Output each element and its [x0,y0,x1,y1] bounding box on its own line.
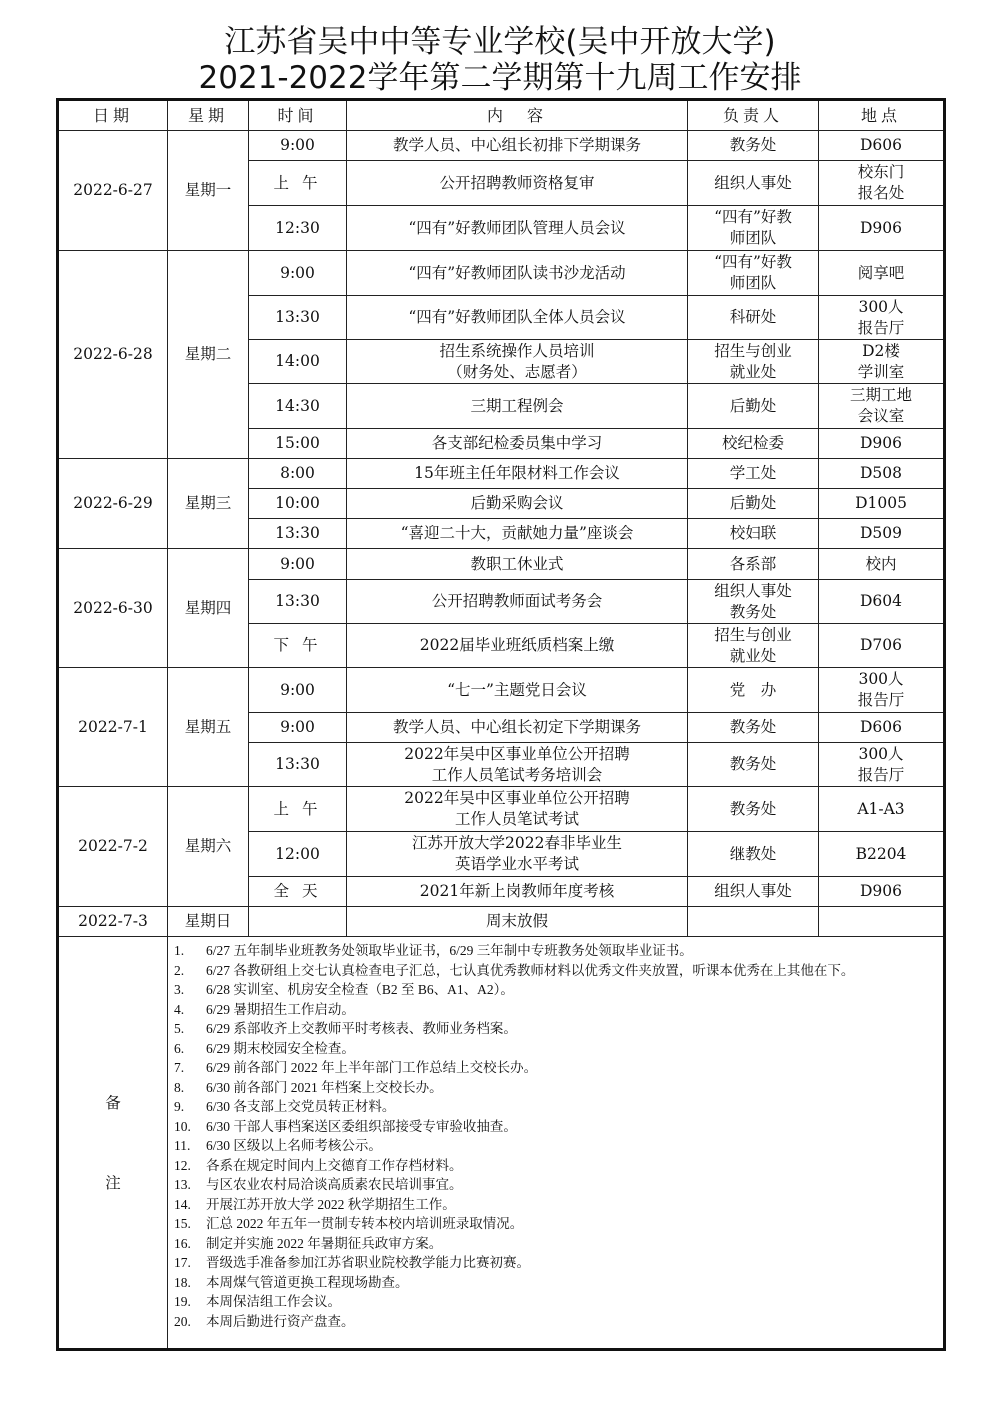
time-cell: 9:00 [249,668,347,713]
time-cell: 全 天 [249,877,347,907]
remark-item: 17.晋级选手准备参加江苏省职业院校教学能力比赛初赛。 [174,1253,943,1273]
weekday-cell: 星期三 [168,459,249,549]
remark-item: 11.6/30 区级以上名师考核公示。 [174,1136,943,1156]
schedule-table: 日期 星期 时间 内 容 负责人 地点 2022-6-27星期一9:00教学人员… [56,98,946,1351]
place-cell: D606 [819,713,945,743]
remark-number: 2. [174,961,206,981]
remark-item: 8.6/30 前各部门 2021 年档案上交校长办。 [174,1078,943,1098]
content-cell: 公开招聘教师面试考务会 [347,580,688,624]
owner-cell: 教务处 [688,713,819,743]
table-row: 2022-6-29星期三8:0015年班主任年限材料工作会议学工处D508 [58,459,945,489]
document-subtitle: 2021-2022学年第二学期第十九周工作安排 [0,60,1000,96]
remark-number: 19. [174,1292,206,1312]
remark-text: 与区农业农村局洽谈高质素农民培训事宜。 [206,1177,463,1192]
remark-item: 3.6/28 实训室、机房安全检查（B2 至 B6、A1、A2）。 [174,980,943,1000]
remarks-row: 备 注 1.6/27 五年制毕业班教务处领取毕业证书，6/29 三年制中专班教务… [58,937,945,1350]
remark-number: 17. [174,1253,206,1273]
place-cell: D2楼 学训室 [819,340,945,384]
time-cell: 9:00 [249,713,347,743]
table-row: 2022-7-3星期日周末放假 [58,907,945,937]
remark-text: 制定并实施 2022 年暑期征兵政审方案。 [206,1236,442,1251]
remark-text: 6/27 各教研组上交七认真检查电子汇总，七认真优秀教师材料以优秀文件夹放置，听… [206,963,854,978]
content-cell: 各支部纪检委员集中学习 [347,429,688,459]
remark-item: 5.6/29 系部收齐上交教师平时考核表、教师业务档案。 [174,1019,943,1039]
time-cell: 15:00 [249,429,347,459]
content-cell: 后勤采购会议 [347,489,688,519]
schedule-body: 2022-6-27星期一9:00教学人员、中心组长初排下学期课务教务处D606上… [58,131,945,937]
place-cell: D906 [819,206,945,251]
place-cell: D509 [819,519,945,549]
content-cell: 2022年吴中区事业单位公开招聘 工作人员笔试考务培训会 [347,743,688,787]
table-row: 2022-7-1星期五9:00“七一”主题党日会议党 办300人 报告厅 [58,668,945,713]
remark-number: 1. [174,941,206,961]
header-row: 日期 星期 时间 内 容 负责人 地点 [58,100,945,131]
remark-item: 6.6/29 期末校园安全检查。 [174,1039,943,1059]
time-cell: 14:30 [249,384,347,429]
content-cell: 招生系统操作人员培训 （财务处、志愿者） [347,340,688,384]
column-header-content: 内 容 [347,100,688,131]
remark-number: 16. [174,1234,206,1254]
remark-text: 6/30 各支部上交党员转正材料。 [206,1099,395,1114]
owner-cell: 教务处 [688,743,819,787]
remark-text: 6/30 区级以上名师考核公示。 [206,1138,382,1153]
place-cell: D906 [819,429,945,459]
place-cell: D706 [819,624,945,668]
time-cell: 13:30 [249,519,347,549]
owner-cell: 招生与创业 就业处 [688,624,819,668]
remark-item: 19.本周保洁组工作会议。 [174,1292,943,1312]
weekday-cell: 星期六 [168,787,249,907]
remark-text: 6/29 暑期招生工作启动。 [206,1002,355,1017]
remark-text: 本周保洁组工作会议。 [206,1294,341,1309]
weekday-cell: 星期四 [168,549,249,668]
document-title: 江苏省吴中中等专业学校(吴中开放大学) [0,24,1000,60]
remarks-label: 备 注 [58,937,168,1350]
remark-number: 3. [174,980,206,1000]
time-cell: 12:00 [249,832,347,877]
place-cell: 校东门 报名处 [819,161,945,206]
owner-cell: “四有”好教 师团队 [688,206,819,251]
owner-cell: 后勤处 [688,489,819,519]
date-cell: 2022-7-3 [58,907,168,937]
owner-cell: 各系部 [688,549,819,580]
owner-cell: 组织人事处 [688,877,819,907]
weekday-cell: 星期五 [168,668,249,787]
column-header-date: 日期 [58,100,168,131]
weekday-cell: 星期日 [168,907,249,937]
content-cell: 2022届毕业班纸质档案上缴 [347,624,688,668]
table-row: 2022-6-27星期一9:00教学人员、中心组长初排下学期课务教务处D606 [58,131,945,161]
table-row: 2022-6-30星期四9:00教职工休业式各系部校内 [58,549,945,580]
remark-text: 本周煤气管道更换工程现场勘查。 [206,1275,409,1290]
remark-text: 开展江苏开放大学 2022 秋学期招生工作。 [206,1197,456,1212]
remark-text: 6/30 干部人事档案送区委组织部接受专审验收抽查。 [206,1119,517,1134]
column-header-owner: 负责人 [688,100,819,131]
remark-item: 10.6/30 干部人事档案送区委组织部接受专审验收抽查。 [174,1117,943,1137]
remark-text: 6/29 系部收齐上交教师平时考核表、教师业务档案。 [206,1021,517,1036]
weekday-cell: 星期一 [168,131,249,251]
remark-item: 7.6/29 前各部门 2022 年上半年部门工作总结上交校长办。 [174,1058,943,1078]
place-cell: 300人 报告厅 [819,743,945,787]
place-cell: 300人 报告厅 [819,668,945,713]
column-header-time: 时间 [249,100,347,131]
time-cell: 13:30 [249,743,347,787]
place-cell: D508 [819,459,945,489]
remark-number: 11. [174,1136,206,1156]
remark-number: 14. [174,1195,206,1215]
remark-text: 6/29 期末校园安全检查。 [206,1041,355,1056]
remark-number: 13. [174,1175,206,1195]
remark-text: 6/28 实训室、机房安全检查（B2 至 B6、A1、A2）。 [206,982,514,997]
remark-number: 4. [174,1000,206,1020]
remarks-content: 1.6/27 五年制毕业班教务处领取毕业证书，6/29 三年制中专班教务处领取毕… [168,937,945,1350]
time-cell: 9:00 [249,131,347,161]
remark-item: 18.本周煤气管道更换工程现场勘查。 [174,1273,943,1293]
place-cell: 校内 [819,549,945,580]
remark-item: 15.汇总 2022 年五年一贯制专转本校内培训班录取情况。 [174,1214,943,1234]
date-cell: 2022-6-30 [58,549,168,668]
remark-number: 8. [174,1078,206,1098]
weekday-cell: 星期二 [168,251,249,459]
time-cell: 8:00 [249,459,347,489]
remark-text: 各系在规定时间内上交德育工作存档材料。 [206,1158,463,1173]
place-cell: D1005 [819,489,945,519]
owner-cell: 校纪检委 [688,429,819,459]
owner-cell: “四有”好教 师团队 [688,251,819,296]
content-cell: 2021年新上岗教师年度考核 [347,877,688,907]
date-cell: 2022-7-2 [58,787,168,907]
content-cell: “四有”好教师团队全体人员会议 [347,296,688,340]
remark-number: 15. [174,1214,206,1234]
content-cell: 教学人员、中心组长初定下学期课务 [347,713,688,743]
time-cell: 9:00 [249,549,347,580]
owner-cell: 组织人事处 教务处 [688,580,819,624]
column-header-weekday: 星期 [168,100,249,131]
owner-cell: 学工处 [688,459,819,489]
owner-cell: 后勤处 [688,384,819,429]
owner-cell: 组织人事处 [688,161,819,206]
content-cell: 2022年吴中区事业单位公开招聘 工作人员笔试考试 [347,787,688,832]
remark-text: 6/30 前各部门 2021 年档案上交校长办。 [206,1080,443,1095]
time-cell: 13:30 [249,296,347,340]
remarks-label-char-1: 备 [59,1063,167,1143]
remark-text: 6/29 前各部门 2022 年上半年部门工作总结上交校长办。 [206,1060,537,1075]
content-cell: 15年班主任年限材料工作会议 [347,459,688,489]
remark-number: 20. [174,1312,206,1332]
owner-cell [688,907,819,937]
time-cell: 12:30 [249,206,347,251]
remark-item: 14.开展江苏开放大学 2022 秋学期招生工作。 [174,1195,943,1215]
content-cell: “喜迎二十大，贡献她力量”座谈会 [347,519,688,549]
time-cell: 10:00 [249,489,347,519]
content-cell: 周末放假 [347,907,688,937]
remark-number: 10. [174,1117,206,1137]
table-row: 2022-6-28星期二9:00“四有”好教师团队读书沙龙活动“四有”好教 师团… [58,251,945,296]
date-cell: 2022-6-29 [58,459,168,549]
content-cell: “七一”主题党日会议 [347,668,688,713]
date-cell: 2022-6-27 [58,131,168,251]
remark-number: 18. [174,1273,206,1293]
place-cell: D906 [819,877,945,907]
content-cell: 教职工休业式 [347,549,688,580]
owner-cell: 继教处 [688,832,819,877]
place-cell: 300人 报告厅 [819,296,945,340]
place-cell: A1-A3 [819,787,945,832]
content-cell: 江苏开放大学2022春非毕业生 英语学业水平考试 [347,832,688,877]
remark-number: 12. [174,1156,206,1176]
remark-number: 9. [174,1097,206,1117]
date-cell: 2022-6-28 [58,251,168,459]
remark-item: 4.6/29 暑期招生工作启动。 [174,1000,943,1020]
remark-item: 13.与区农业农村局洽谈高质素农民培训事宜。 [174,1175,943,1195]
time-cell: 13:30 [249,580,347,624]
owner-cell: 招生与创业 就业处 [688,340,819,384]
remark-text: 本周后勤进行资产盘查。 [206,1314,355,1329]
place-cell [819,907,945,937]
remark-number: 7. [174,1058,206,1078]
content-cell: “四有”好教师团队管理人员会议 [347,206,688,251]
remark-number: 6. [174,1039,206,1059]
remarks-label-char-2: 注 [59,1143,167,1223]
owner-cell: 党 办 [688,668,819,713]
remark-item: 2.6/27 各教研组上交七认真检查电子汇总，七认真优秀教师材料以优秀文件夹放置… [174,961,943,981]
remark-item: 9.6/30 各支部上交党员转正材料。 [174,1097,943,1117]
remark-item: 20.本周后勤进行资产盘查。 [174,1312,943,1332]
content-cell: 三期工程例会 [347,384,688,429]
time-cell: 上 午 [249,787,347,832]
place-cell: D604 [819,580,945,624]
column-header-place: 地点 [819,100,945,131]
remark-item: 16.制定并实施 2022 年暑期征兵政审方案。 [174,1234,943,1254]
place-cell: 三期工地 会议室 [819,384,945,429]
remark-item: 12.各系在规定时间内上交德育工作存档材料。 [174,1156,943,1176]
remark-item: 1.6/27 五年制毕业班教务处领取毕业证书，6/29 三年制中专班教务处领取毕… [174,941,943,961]
date-cell: 2022-7-1 [58,668,168,787]
place-cell: B2204 [819,832,945,877]
content-cell: “四有”好教师团队读书沙龙活动 [347,251,688,296]
remark-text: 晋级选手准备参加江苏省职业院校教学能力比赛初赛。 [206,1255,530,1270]
remark-text: 6/27 五年制毕业班教务处领取毕业证书，6/29 三年制中专班教务处领取毕业证… [206,943,693,958]
place-cell: 阅享吧 [819,251,945,296]
time-cell: 下 午 [249,624,347,668]
owner-cell: 科研处 [688,296,819,340]
content-cell: 公开招聘教师资格复审 [347,161,688,206]
owner-cell: 校妇联 [688,519,819,549]
table-row: 2022-7-2星期六上 午2022年吴中区事业单位公开招聘 工作人员笔试考试教… [58,787,945,832]
owner-cell: 教务处 [688,131,819,161]
time-cell: 9:00 [249,251,347,296]
remarks-list: 1.6/27 五年制毕业班教务处领取毕业证书，6/29 三年制中专班教务处领取毕… [174,941,943,1331]
time-cell: 14:00 [249,340,347,384]
remark-number: 5. [174,1019,206,1039]
place-cell: D606 [819,131,945,161]
time-cell: 上 午 [249,161,347,206]
owner-cell: 教务处 [688,787,819,832]
content-cell: 教学人员、中心组长初排下学期课务 [347,131,688,161]
remark-text: 汇总 2022 年五年一贯制专转本校内培训班录取情况。 [206,1216,523,1231]
time-cell [249,907,347,937]
